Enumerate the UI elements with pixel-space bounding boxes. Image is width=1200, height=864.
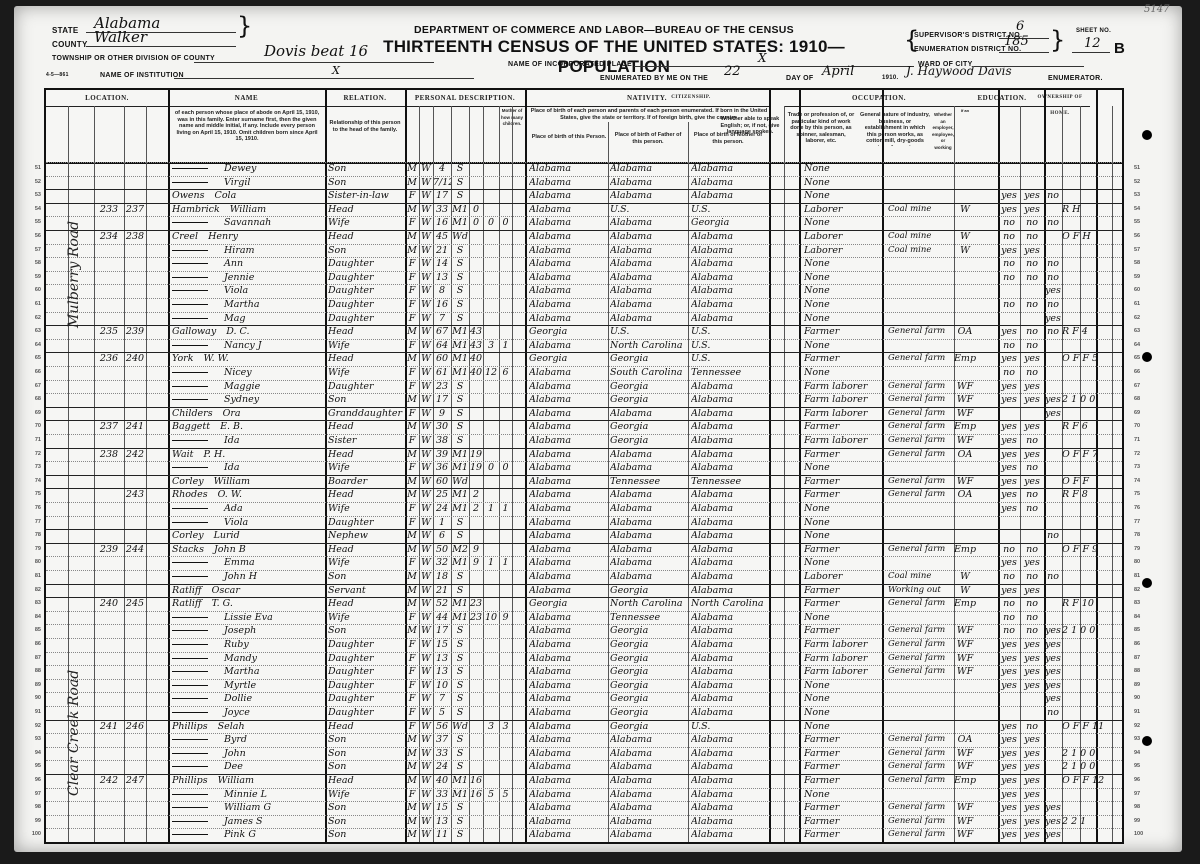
cell-dwelling (94, 556, 124, 570)
given-name: Savannah (224, 217, 271, 228)
cell-marital: M1 (451, 556, 469, 570)
line-number: 77 (19, 516, 41, 530)
line-number-right: 57 (1134, 244, 1156, 258)
census-sheet: STATE Alabama COUNTY Walker } TOWNSHIP O… (14, 6, 1182, 852)
person-name: Dewey (172, 162, 324, 176)
cell-marital: M1 (451, 611, 469, 625)
cell-years (469, 257, 483, 271)
cell-bpm: Alabama (691, 420, 769, 434)
line-number: 58 (19, 257, 41, 271)
cell-trade: Farmer (804, 828, 880, 842)
cell-sex: F (405, 407, 419, 421)
cell-read: yes (998, 488, 1020, 502)
given-name: James S (224, 816, 263, 827)
cell-own (1062, 216, 1126, 230)
cell-trade: Farmer (804, 325, 880, 339)
cell-write: no (1020, 570, 1044, 584)
cell-living (499, 747, 512, 761)
cell-family (124, 284, 146, 298)
cell-bp: Alabama (529, 720, 607, 734)
person-name: Dollie (172, 692, 324, 706)
cell-dwelling (94, 815, 124, 829)
cell-sex: M (405, 584, 419, 598)
group-name: NAME (168, 90, 325, 107)
table-row: 7575243RhodesO. W.HeadMW25M12AlabamaAlab… (46, 488, 1122, 502)
enumerated-year: 1910. (882, 75, 899, 81)
sheet-side: B (1114, 40, 1125, 57)
table-row: 6161MarthaDaughterFW16SAlabamaAlabamaAla… (46, 298, 1122, 312)
cell-bpf: Alabama (610, 828, 688, 842)
cell-sex: F (405, 366, 419, 380)
cell-emp (954, 216, 976, 230)
person-name: Viola (172, 516, 324, 530)
cell-race: W (419, 720, 433, 734)
given-name: John B (214, 544, 246, 555)
cell-read (998, 529, 1020, 543)
cell-family (124, 584, 146, 598)
cell-dwelling (94, 624, 124, 638)
cell-born (483, 584, 499, 598)
table-row: 7272238242WaitP. H.HeadMW39M119AlabamaAl… (46, 448, 1122, 462)
given-name: Maggie (224, 381, 260, 392)
cell-living: 1 (499, 502, 512, 516)
cell-dwelling: 235 (94, 325, 124, 339)
cell-trade: None (804, 529, 880, 543)
cell-bp: Alabama (529, 475, 607, 489)
punch-hole (1142, 736, 1152, 746)
cell-bp: Alabama (529, 747, 607, 761)
cell-bpf: Georgia (610, 720, 688, 734)
cell-dwelling (94, 611, 124, 625)
cell-own (1062, 733, 1126, 747)
cell-sex: F (405, 692, 419, 706)
cell-relation: Wife (328, 339, 404, 353)
cell-read (998, 706, 1020, 720)
line-number: 93 (19, 733, 41, 747)
cell-bpf: Alabama (610, 774, 688, 788)
cell-relation: Daughter (328, 638, 404, 652)
person-name: YorkW. W. (172, 352, 324, 366)
cell-marital: S (451, 244, 469, 258)
cell-trade: Farmer (804, 448, 880, 462)
cell-own (1062, 189, 1126, 203)
cell-school (1044, 461, 1062, 475)
line-number-right: 69 (1134, 407, 1156, 421)
person-name: Sydney (172, 393, 324, 407)
cell-born (483, 475, 499, 489)
table-row: 8282RatliffOscarServantMW21SAlabamaGeorg… (46, 584, 1122, 598)
cell-read: yes (998, 828, 1020, 842)
cell-bpm: Alabama (691, 284, 769, 298)
cell-sex: F (405, 434, 419, 448)
line-number-right: 78 (1134, 529, 1156, 543)
cell-trade: None (804, 502, 880, 516)
cell-born (483, 393, 499, 407)
cell-family: 239 (124, 325, 146, 339)
cell-trade: None (804, 556, 880, 570)
cell-born (483, 543, 499, 557)
ditto-dash (172, 222, 208, 223)
cell-bpm: Alabama (691, 679, 769, 693)
cell-dwelling (94, 706, 124, 720)
cell-race: W (419, 339, 433, 353)
line-number: 52 (19, 176, 41, 190)
given-name: William (214, 476, 250, 487)
line-number: 69 (19, 407, 41, 421)
cell-bpf: Georgia (610, 692, 688, 706)
cell-race: W (419, 230, 433, 244)
cell-write: yes (1020, 815, 1044, 829)
cell-school (1044, 774, 1062, 788)
cell-bp: Alabama (529, 298, 607, 312)
cell-born (483, 244, 499, 258)
person-name: Hiram (172, 244, 324, 258)
cell-living (499, 420, 512, 434)
cell-own (1062, 665, 1126, 679)
cell-write: yes (1020, 380, 1044, 394)
ditto-dash (172, 617, 208, 618)
cell-bp: Alabama (529, 788, 607, 802)
cell-relation: Head (328, 352, 404, 366)
cell-school (1044, 597, 1062, 611)
cell-bpm: Alabama (691, 788, 769, 802)
cell-born (483, 828, 499, 842)
cell-read: no (998, 216, 1020, 230)
cell-race: W (419, 257, 433, 271)
line-number: 80 (19, 556, 41, 570)
cell-dwelling: 233 (94, 203, 124, 217)
cell-sex: M (405, 230, 419, 244)
table-row: 9898William GSonMW15SAlabamaAlabamaAlaba… (46, 801, 1122, 815)
cell-years (469, 652, 483, 666)
cell-own (1062, 529, 1126, 543)
cell-write: no (1020, 502, 1044, 516)
line-number-right: 96 (1134, 774, 1156, 788)
cell-age: 21 (433, 584, 451, 598)
cell-school: no (1044, 570, 1062, 584)
line-number: 90 (19, 692, 41, 706)
cell-trade: None (804, 271, 880, 285)
person-name: CorleyLurid (172, 529, 324, 543)
cell-sex: M (405, 828, 419, 842)
cell-family (124, 176, 146, 190)
cell-bp: Alabama (529, 230, 607, 244)
person-name: StacksJohn B (172, 543, 324, 557)
cell-marital: S (451, 298, 469, 312)
cell-own (1062, 502, 1126, 516)
cell-bp: Alabama (529, 271, 607, 285)
cell-living (499, 652, 512, 666)
cell-bpm: Alabama (691, 733, 769, 747)
line-number-right: 74 (1134, 475, 1156, 489)
cell-school (1044, 720, 1062, 734)
cell-sex: F (405, 339, 419, 353)
given-name: William (230, 204, 266, 215)
cell-bp: Alabama (529, 679, 607, 693)
cell-years (469, 516, 483, 530)
cell-living (499, 665, 512, 679)
cell-family (124, 312, 146, 326)
group-education: EDUCATION. (974, 90, 1030, 107)
cell-race: W (419, 352, 433, 366)
cell-school: yes (1044, 828, 1062, 842)
cell-born (483, 407, 499, 421)
person-name: Maggie (172, 380, 324, 394)
person-name: Ada (172, 502, 324, 516)
cell-school: no (1044, 271, 1062, 285)
cell-emp: WF (954, 638, 976, 652)
cell-family (124, 679, 146, 693)
cell-industry: General farm (888, 652, 952, 666)
cell-trade: None (804, 298, 880, 312)
cell-dwelling (94, 244, 124, 258)
cell-trade: None (804, 706, 880, 720)
cell-own (1062, 692, 1126, 706)
cell-bpm: Alabama (691, 584, 769, 598)
ditto-dash (172, 766, 208, 767)
cell-born (483, 652, 499, 666)
cell-industry: Working out (888, 584, 952, 598)
cell-born: 12 (483, 366, 499, 380)
cell-write: yes (1020, 638, 1044, 652)
cell-dwelling (94, 502, 124, 516)
table-row: 9696242247PhillipsWilliamHeadMW40M116Ala… (46, 774, 1122, 788)
line-number: 66 (19, 366, 41, 380)
cell-read: yes (998, 815, 1020, 829)
cell-own (1062, 271, 1126, 285)
cell-sex: M (405, 203, 419, 217)
cell-own (1062, 312, 1126, 326)
cell-read: yes (998, 652, 1020, 666)
ditto-dash (172, 576, 208, 577)
cell-dwelling (94, 189, 124, 203)
cell-marital: S (451, 516, 469, 530)
cell-family (124, 788, 146, 802)
cell-sex: F (405, 665, 419, 679)
cell-dwelling (94, 692, 124, 706)
cell-bpm: Alabama (691, 434, 769, 448)
cell-school (1044, 488, 1062, 502)
cell-trade: None (804, 284, 880, 298)
cell-years (469, 624, 483, 638)
cell-trade: None (804, 461, 880, 475)
cell-bp: Alabama (529, 638, 607, 652)
cell-own (1062, 828, 1126, 842)
cell-family: 237 (124, 203, 146, 217)
cell-trade: None (804, 720, 880, 734)
cell-relation: Daughter (328, 312, 404, 326)
line-number-right: 92 (1134, 720, 1156, 734)
line-number: 96 (19, 774, 41, 788)
cell-read (998, 284, 1020, 298)
cell-born (483, 488, 499, 502)
cell-age: 24 (433, 760, 451, 774)
cell-bpf: Alabama (610, 788, 688, 802)
cell-living (499, 448, 512, 462)
cell-emp (954, 176, 976, 190)
cell-sex: F (405, 652, 419, 666)
cell-bpf: Alabama (610, 257, 688, 271)
margin-note-upper: Mulberry Road (66, 221, 82, 328)
line-number: 60 (19, 284, 41, 298)
line-number: 53 (19, 189, 41, 203)
cell-trade: Farmer (804, 747, 880, 761)
cell-trade: None (804, 189, 880, 203)
cell-age: 52 (433, 597, 451, 611)
cell-family (124, 665, 146, 679)
cell-marital: S (451, 162, 469, 176)
given-name: Ida (224, 462, 240, 473)
census-grid: LOCATION. NAME RELATION. PERSONAL DESCRI… (44, 88, 1124, 844)
cell-bp: Alabama (529, 665, 607, 679)
cell-family (124, 298, 146, 312)
cell-race: W (419, 543, 433, 557)
cell-relation: Son (328, 244, 404, 258)
line-number: 86 (19, 638, 41, 652)
cell-family (124, 760, 146, 774)
cell-write: yes (1020, 828, 1044, 842)
sheet-number: 12 (1084, 36, 1101, 51)
cell-age: 6 (433, 529, 451, 543)
cell-own (1062, 679, 1126, 693)
person-name: Dee (172, 760, 324, 774)
table-row: 7979239244StacksJohn BHeadMW50M29Alabama… (46, 543, 1122, 557)
cell-emp: W (954, 570, 976, 584)
cell-emp: Emp (954, 352, 976, 366)
cell-bp: Alabama (529, 502, 607, 516)
cell-trade: None (804, 679, 880, 693)
cell-age: 38 (433, 434, 451, 448)
cell-relation: Son (328, 760, 404, 774)
cell-bp: Alabama (529, 652, 607, 666)
cell-own: O F F (1062, 475, 1126, 489)
cell-bpf: Alabama (610, 216, 688, 230)
cell-relation: Daughter (328, 271, 404, 285)
cell-own (1062, 556, 1126, 570)
cell-industry (888, 516, 952, 530)
cell-trade: None (804, 788, 880, 802)
ditto-dash (172, 440, 208, 441)
cell-emp: W (954, 244, 976, 258)
cell-sex: M (405, 760, 419, 774)
cell-read: yes (998, 760, 1020, 774)
cell-own (1062, 706, 1126, 720)
table-row: 6767MaggieDaughterFW23SAlabamaGeorgiaAla… (46, 380, 1122, 394)
cell-dwelling (94, 584, 124, 598)
cell-born: 3 (483, 720, 499, 734)
cell-read: yes (998, 788, 1020, 802)
cell-bp: Georgia (529, 352, 607, 366)
cell-living (499, 570, 512, 584)
person-name: John H (172, 570, 324, 584)
table-row: 9999James SSonMW13SAlabamaAlabamaAlabama… (46, 815, 1122, 829)
cell-write: no (1020, 597, 1044, 611)
table-row: 5858AnnDaughterFW14SAlabamaAlabamaAlabam… (46, 257, 1122, 271)
cell-family (124, 502, 146, 516)
cell-read: no (998, 543, 1020, 557)
cell-school (1044, 611, 1062, 625)
cell-years (469, 407, 483, 421)
cell-family (124, 692, 146, 706)
cell-emp (954, 611, 976, 625)
cell-own (1062, 461, 1126, 475)
cell-years (469, 570, 483, 584)
cell-read: no (998, 597, 1020, 611)
line-number-right: 70 (1134, 420, 1156, 434)
cell-living (499, 692, 512, 706)
cell-emp: WF (954, 665, 976, 679)
cell-trade: Farmer (804, 475, 880, 489)
cell-bp: Alabama (529, 461, 607, 475)
cell-trade: None (804, 162, 880, 176)
cell-relation: Head (328, 774, 404, 788)
cell-school: no (1044, 706, 1062, 720)
cell-bp: Alabama (529, 216, 607, 230)
cell-age: 4 (433, 162, 451, 176)
cell-race: W (419, 244, 433, 258)
cell-family: 240 (124, 352, 146, 366)
cell-relation: Boarder (328, 475, 404, 489)
cell-sex: F (405, 516, 419, 530)
cell-marital: S (451, 638, 469, 652)
enumerated-day: 22 (724, 64, 741, 79)
line-number: 92 (19, 720, 41, 734)
cell-write (1020, 516, 1044, 530)
cell-sex: M (405, 543, 419, 557)
cell-bp: Alabama (529, 815, 607, 829)
line-number: 57 (19, 244, 41, 258)
cell-age: 15 (433, 801, 451, 815)
cell-bpm: Tennessee (691, 366, 769, 380)
cell-school (1044, 230, 1062, 244)
cell-write: yes (1020, 475, 1044, 489)
cell-relation: Daughter (328, 257, 404, 271)
cell-family (124, 162, 146, 176)
cell-born (483, 692, 499, 706)
cell-bpm: Alabama (691, 815, 769, 829)
cell-own (1062, 611, 1126, 625)
table-row: 8686RubyDaughterFW15SAlabamaGeorgiaAlaba… (46, 638, 1122, 652)
ward-label: WARD OF CITY (918, 61, 973, 68)
cell-school (1044, 556, 1062, 570)
cell-marital: M1 (451, 366, 469, 380)
cell-living (499, 189, 512, 203)
cell-trade: Farmer (804, 543, 880, 557)
cell-own (1062, 801, 1126, 815)
cell-family: 247 (124, 774, 146, 788)
cell-write: yes (1020, 352, 1044, 366)
cell-bpm: U.S. (691, 325, 769, 339)
township-label: TOWNSHIP OR OTHER DIVISION OF COUNTY (52, 55, 215, 62)
line-number: 72 (19, 448, 41, 462)
surname: York (172, 353, 193, 364)
line-number-right: 97 (1134, 788, 1156, 802)
person-name: Joyce (172, 706, 324, 720)
cell-bpm: Alabama (691, 652, 769, 666)
cell-dwelling (94, 828, 124, 842)
cell-born (483, 760, 499, 774)
cell-own (1062, 570, 1126, 584)
given-name: Henry (208, 231, 238, 242)
cell-trade: None (804, 216, 880, 230)
cell-bpm: Alabama (691, 543, 769, 557)
cell-school (1044, 434, 1062, 448)
cell-age: 39 (433, 448, 451, 462)
cell-trade: Farm laborer (804, 407, 880, 421)
ditto-dash (172, 562, 208, 563)
line-number: 85 (19, 624, 41, 638)
cell-age: 14 (433, 257, 451, 271)
